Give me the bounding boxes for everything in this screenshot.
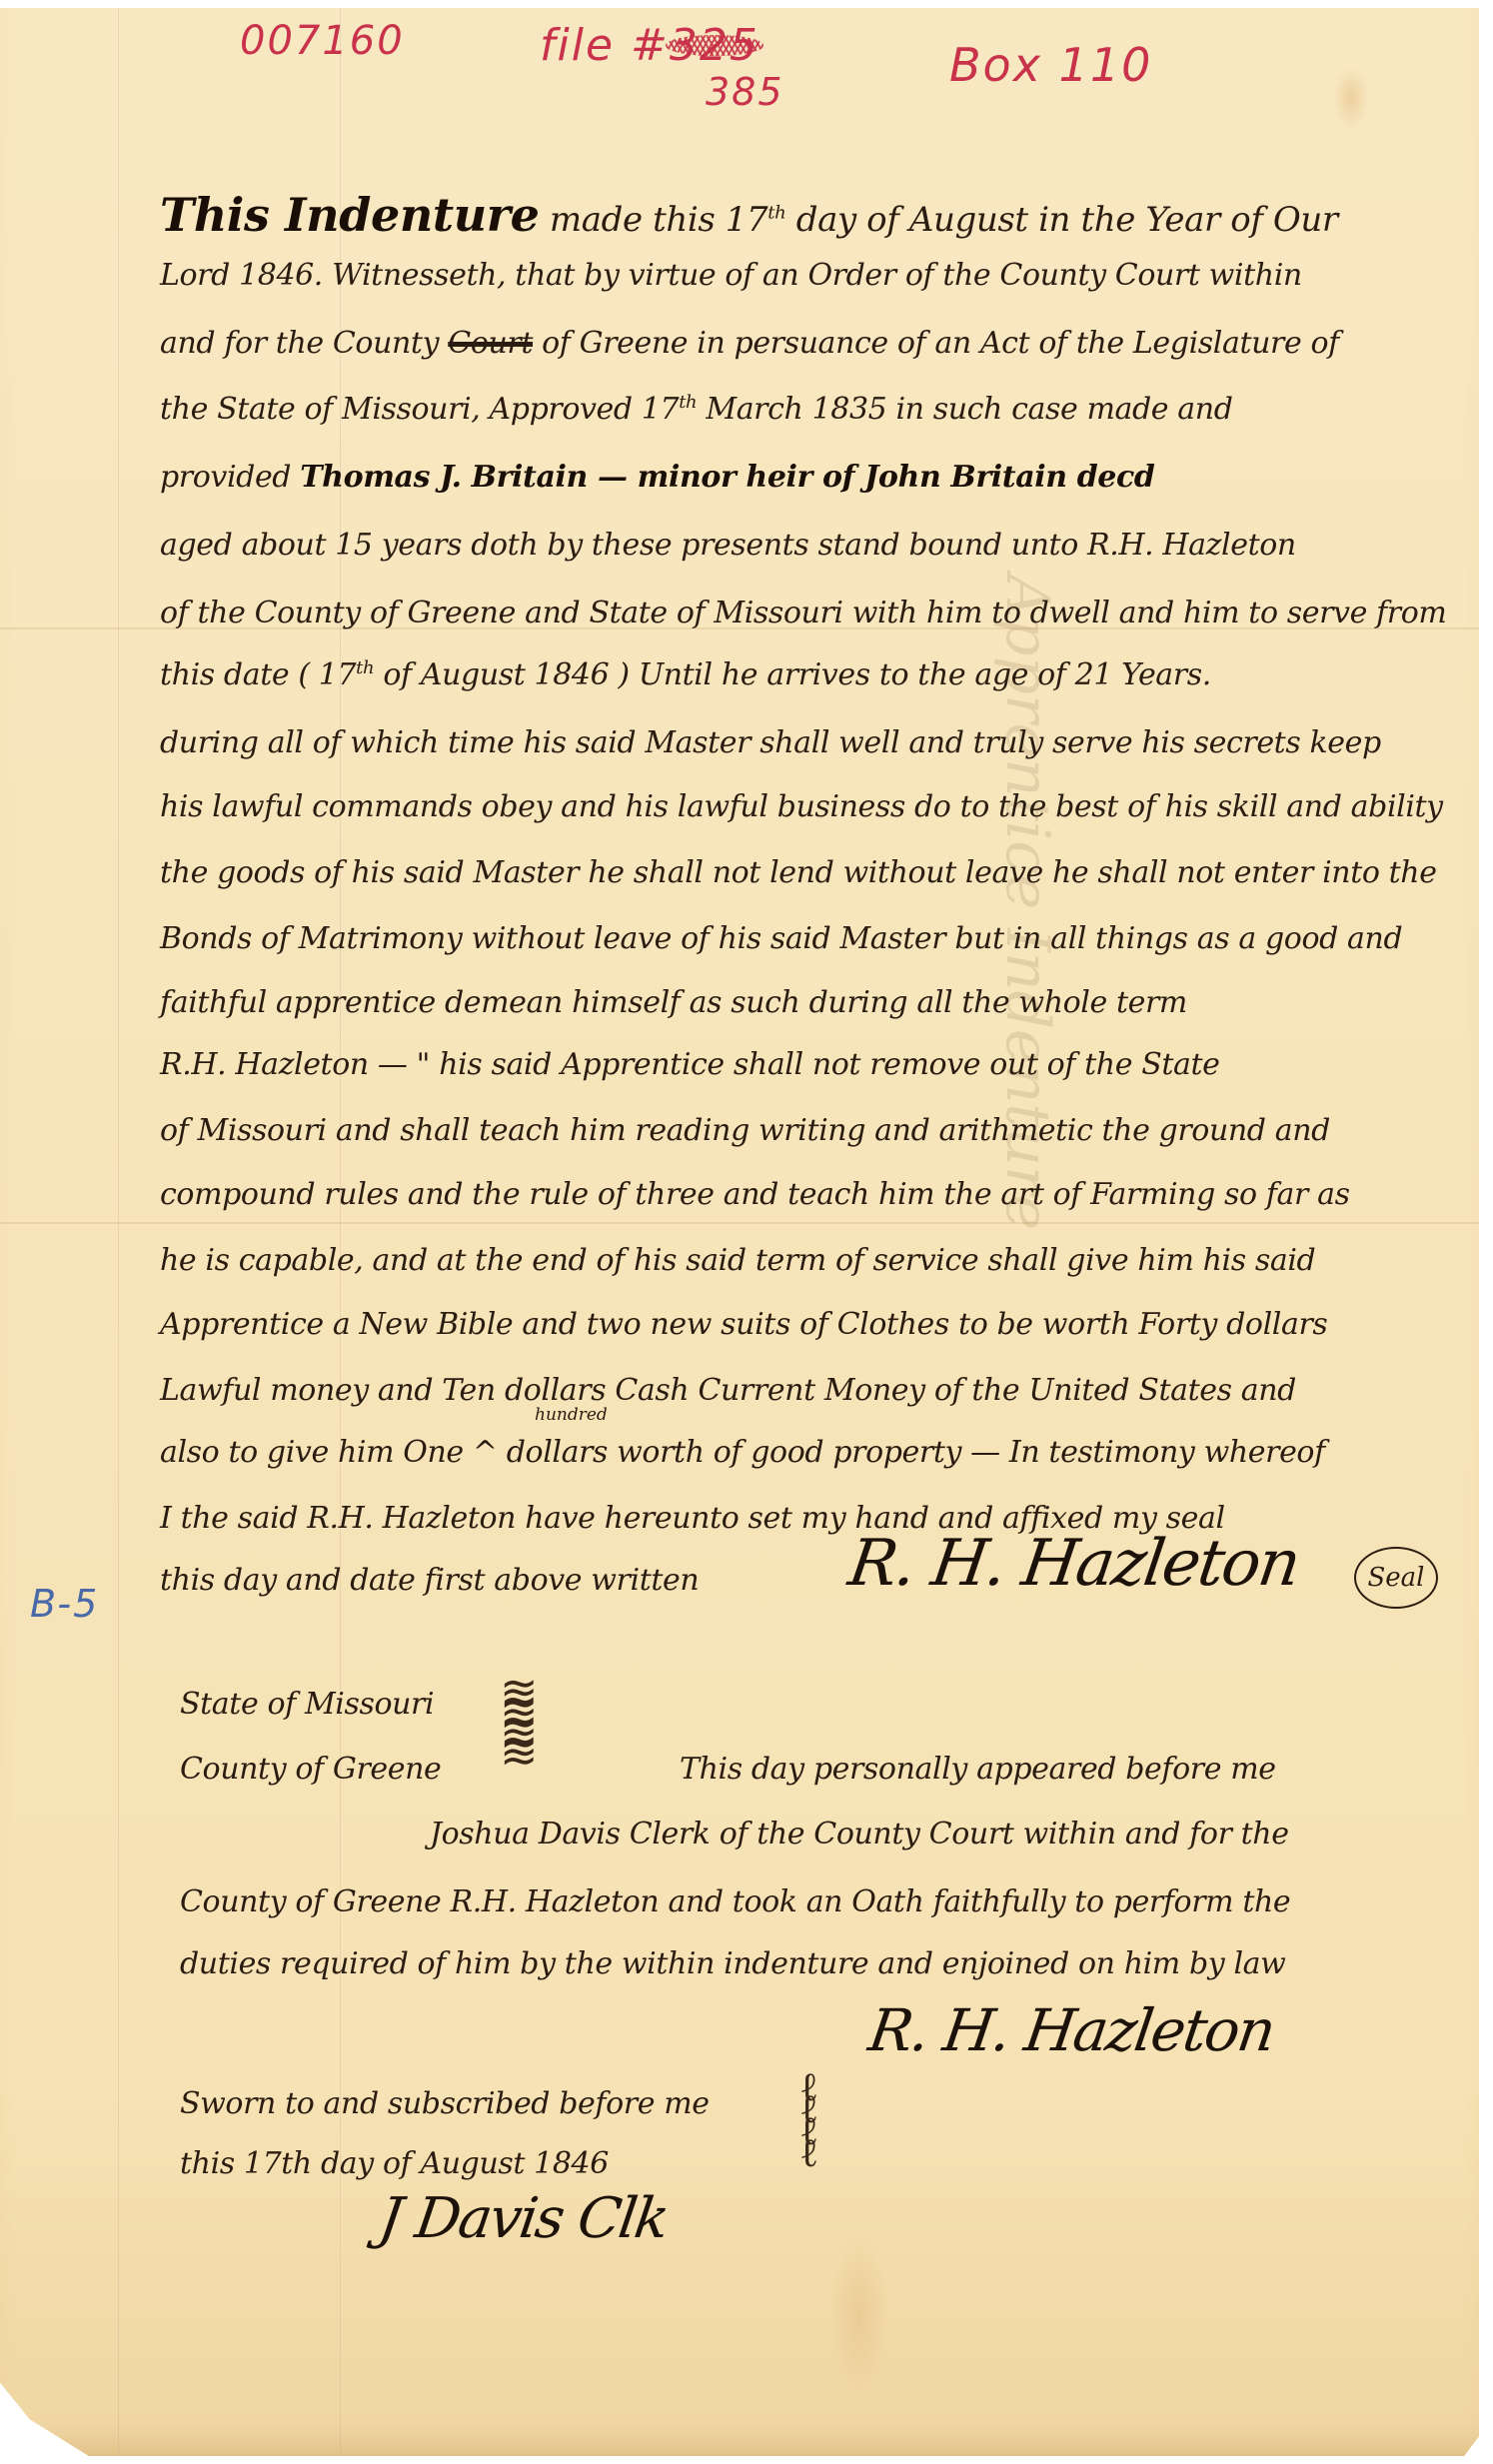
- indenture-line-19: Lawful money and Ten dollars Cash Curren…: [160, 1373, 1479, 1408]
- margin-line: [118, 8, 119, 2456]
- ordinal-suffix: th: [679, 392, 697, 413]
- apprentice-name-line: Thomas J. Britain — minor heir of John B…: [300, 460, 1154, 495]
- affidavit-line-2: Joshua Davis Clerk of the County Court w…: [430, 1817, 1479, 1851]
- line-text: the State of Missouri, Approved 17: [160, 392, 679, 427]
- fold-crease: [0, 1222, 1479, 1224]
- jurat-line-2: this 17th day of August 1846: [180, 2146, 1479, 2181]
- indenture-line-15: of Missouri and shall teach him reading …: [160, 1113, 1479, 1148]
- scroll-brace-icon: ≋≋≋≋: [500, 1682, 539, 1762]
- line-text: of Greene in persuance of an Act of the …: [542, 326, 1339, 361]
- file-label-text: file #: [540, 20, 670, 71]
- indenture-line-3: and for the County Court of Greene in pe…: [160, 326, 1479, 361]
- affidavit-line-4: duties required of him by the within ind…: [180, 1946, 1479, 1981]
- line-text: and for the County: [160, 326, 448, 361]
- indenture-line-4: the State of Missouri, Approved 17th Mar…: [160, 392, 1479, 427]
- affiant-signature: R. H. Hazleton: [864, 1996, 1278, 2064]
- indenture-line-9: during all of which time his said Master…: [160, 725, 1479, 760]
- seal-mark: Seal: [1354, 1547, 1438, 1609]
- affidavit-line-3: County of Greene R.H. Hazleton and took …: [180, 1884, 1479, 1919]
- ordinal-suffix: th: [767, 203, 785, 224]
- struck-word: Court: [448, 326, 533, 361]
- indenture-line-8: this date ( 17th of August 1846 ) Until …: [160, 657, 1479, 692]
- venue-state: State of Missouri: [180, 1687, 1479, 1722]
- indenture-line-6: aged about 15 years doth by these presen…: [160, 528, 1479, 563]
- jurat-line-1: Sworn to and subscribed before me: [180, 2086, 1479, 2121]
- item-number: 007160: [240, 18, 405, 64]
- line-text: day of August in the Year of Our: [785, 200, 1337, 240]
- indenture-line-1: This Indenture made this 17th day of Aug…: [160, 188, 1479, 242]
- master-signature: R. H. Hazleton: [844, 1527, 1303, 1601]
- document-page: Apprentice Indenture 007160 file #325 38…: [0, 8, 1479, 2456]
- indenture-line-13: faithful apprentice demean himself as su…: [160, 985, 1479, 1020]
- line-text: made this 17: [540, 200, 768, 240]
- indenture-heading: This Indenture: [160, 188, 540, 242]
- indenture-line-5: provided Thomas J. Britain — minor heir …: [160, 460, 1479, 495]
- line-text: provided: [160, 460, 300, 495]
- clerk-signature: J Davis Clk: [375, 2186, 671, 2251]
- affidavit-line-1: This day personally appeared before me: [680, 1752, 1479, 1787]
- indenture-line-14: R.H. Hazleton — " his said Apprentice sh…: [160, 1047, 1479, 1082]
- seal-scroll-icon: ℓℓℓℓ: [799, 2076, 818, 2164]
- struck-file-number: 325: [670, 20, 759, 71]
- ordinal-suffix: th: [356, 657, 374, 678]
- line-text: March 1835 in such case made and: [697, 392, 1232, 427]
- indenture-line-2: Lord 1846. Witnesseth, that by virtue of…: [160, 258, 1479, 293]
- file-number: 385: [706, 70, 784, 114]
- indenture-line-17: he is capable, and at the end of his sai…: [160, 1243, 1479, 1278]
- insertion-above-line: hundred: [535, 1405, 608, 1425]
- box-number: Box 110: [949, 38, 1152, 92]
- indenture-line-16: compound rules and the rule of three and…: [160, 1177, 1479, 1212]
- indenture-line-10: his lawful commands obey and his lawful …: [160, 789, 1479, 824]
- line-text: of August 1846 ) Until he arrives to the…: [374, 657, 1211, 692]
- indenture-line-20: also to give him One ^ dollars worth of …: [160, 1435, 1479, 1470]
- file-label: file #325: [540, 20, 759, 71]
- indenture-line-11: the goods of his said Master he shall no…: [160, 855, 1479, 890]
- line-text: this date ( 17: [160, 657, 356, 692]
- indenture-line-12: Bonds of Matrimony without leave of his …: [160, 921, 1479, 956]
- margin-code: B-5: [30, 1582, 99, 1626]
- indenture-line-18: Apprentice a New Bible and two new suits…: [160, 1307, 1479, 1342]
- seal-label: Seal: [1367, 1563, 1424, 1593]
- indenture-line-7: of the County of Greene and State of Mis…: [160, 596, 1479, 630]
